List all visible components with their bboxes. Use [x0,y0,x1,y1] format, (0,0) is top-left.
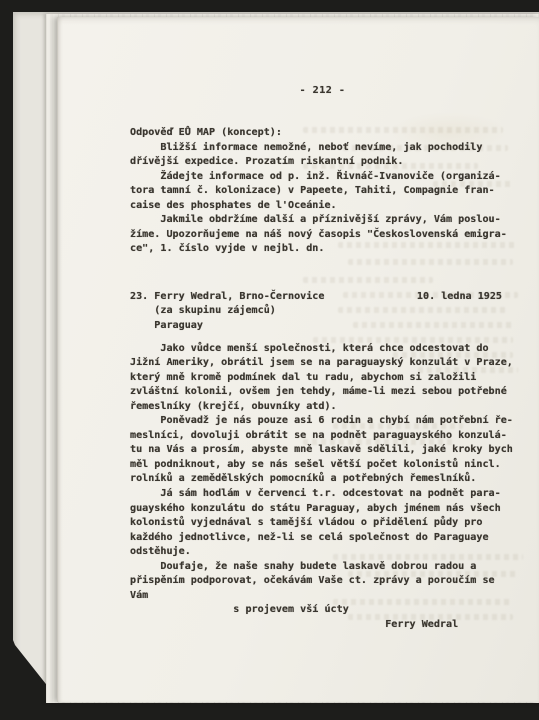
text-line: guayského konzulátu do státu Paraguay, a… [130,502,522,517]
text-line: tora tamní č. kolonizace) v Papeete, Tah… [130,184,522,199]
text-line: Odpověď EŮ MAP (koncept): [130,126,522,141]
text-line: řemeslníky (krejčí, obuvníky atd). [130,400,522,415]
letter-header-sublines: (za skupinu zájemců) Paraguay [130,304,522,333]
text-line: Paraguay [130,319,522,334]
text-line: Bližší informace nemožné, neboť nevíme, … [130,141,522,156]
letter-entry-title: 23. Ferry Wedral, Brno-Černovice [130,290,324,305]
scanned-book-page-photo: - 212 - Odpověď EŮ MAP (koncept): Bližší… [0,0,539,720]
text-line: přispěním podporovat, očekávám Vaše ct. … [130,574,522,589]
text-line: Poněvadž je nás pouze asi 6 rodin a chyb… [130,414,522,429]
text-line: Žádejte informace od p. inž. Řivnáč-Ivan… [130,170,522,185]
text-line: ce", 1. číslo vyjde v nejbl. dn. [130,242,522,257]
letter-body: Jako vůdce menší společnosti, která chce… [130,342,522,633]
text-line: který mně kromě podmínek dal tu radu, ab… [130,371,522,386]
text-line: měl podniknout, aby se nás sešel větší p… [130,458,522,473]
text-line: s projevem vší úcty [130,603,522,618]
letter-entry-header: 23. Ferry Wedral, Brno-Černovice 10. led… [130,290,522,334]
text-line: dřívější expedice. Prozatím riskantní po… [130,155,522,170]
text-line: kolonistů vyjednával s tamější vládou o … [130,516,522,531]
text-line: Já sám hodlám v červenci t.r. odcestovat… [130,487,522,502]
letter-header-row: 23. Ferry Wedral, Brno-Černovice 10. led… [130,290,502,305]
text-line: Ferry Wedral [130,618,522,633]
text-line: Jako vůdce menší společnosti, která chce… [130,342,522,357]
text-line: zvláštní kolonii, ovšem jen tehdy, máme-… [130,385,522,400]
letter-date: 10. ledna 1925 [417,290,502,305]
text-line: (za skupinu zájemců) [130,304,522,319]
text-line: Doufaje, že naše snahy budete laskavě do… [130,560,522,575]
typewritten-text: Odpověď EŮ MAP (koncept): Bližší informa… [130,126,522,633]
page-number: - 212 - [130,85,515,96]
text-line: Jakmile obdržíme další a příznivější zpr… [130,213,522,228]
text-line: každého jednotlivce, než-li se celá spol… [130,531,522,546]
text-line: tu na Vás a prosím, abyste mně laskavě s… [130,443,522,458]
text-line: žíme. Upozorňujeme na náš nový časopis "… [130,228,522,243]
text-line: odstěhuje. [130,545,522,560]
reply-note: Odpověď EŮ MAP (koncept): Bližší informa… [130,126,522,257]
text-line: Vám [130,589,522,604]
text-line: meslníci, dovoluji obrátit se na podnět … [130,429,522,444]
text-line: Jižní Ameriky, obrátil jsem se na paragu… [130,356,522,371]
text-line: rolníků a zemědělských pomocníků a potře… [130,472,522,487]
text-line: caise des phosphates de l'Oceánie. [130,199,522,214]
